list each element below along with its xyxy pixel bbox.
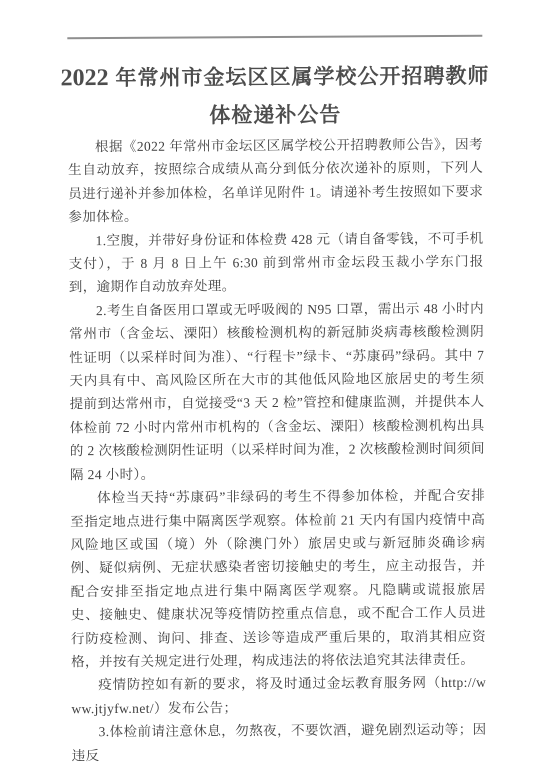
document-title-line-1: 2022 年常州市金坛区区属学校公开招聘教师 <box>52 57 497 99</box>
title-line-1-text: 年常州市金坛区区属学校公开招聘教师 <box>109 65 490 90</box>
scanned-sheet: 2022 年常州市金坛区区属学校公开招聘教师 体检递补公告 根据《2022 年常… <box>0 0 554 783</box>
paragraph-item-2-covid-test-requirements: 2.考生自备医用口罩或无呼吸阀的 N95 口罩，需出示 48 小时内常州市（含金… <box>69 297 485 487</box>
paragraph-covid-restrictions-and-penalties: 体检当天持“苏康码”非绿码的考生不得参加体检，并配合安排至指定地点进行集中隔离医… <box>70 484 486 674</box>
paragraph-item-1-checkin-requirements: 1.空腹，并带好身份证和体检费 428 元（请自备零钱，不可手机支付），于 8 … <box>68 226 483 299</box>
header-rule <box>67 35 482 40</box>
document-body: 根据《2022 年常州市金坛区区属学校公开招聘教师公告》，因考生自动放弃，按照综… <box>68 133 487 767</box>
paragraph-recruitment-basis: 根据《2022 年常州市金坛区区属学校公开招聘教师公告》，因考生自动放弃，按照综… <box>68 133 484 229</box>
title-year: 2022 <box>61 65 109 91</box>
announcement-document-page: 2022 年常州市金坛区区属学校公开招聘教师 体检递补公告 根据《2022 年常… <box>0 0 554 783</box>
paragraph-item-3-pre-exam-advice: 3.体检前请注意休息，勿熬夜，不要饮酒，避免剧烈运动等；因违反 <box>71 718 486 767</box>
paragraph-update-notice-website: 疫情防控如有新的要求，将及时通过金坛教育服务网（http://www.jtjyf… <box>71 671 486 720</box>
document-title: 2022 年常州市金坛区区属学校公开招聘教师 体检递补公告 <box>52 57 497 137</box>
document-title-line-2: 体检递补公告 <box>53 96 498 137</box>
